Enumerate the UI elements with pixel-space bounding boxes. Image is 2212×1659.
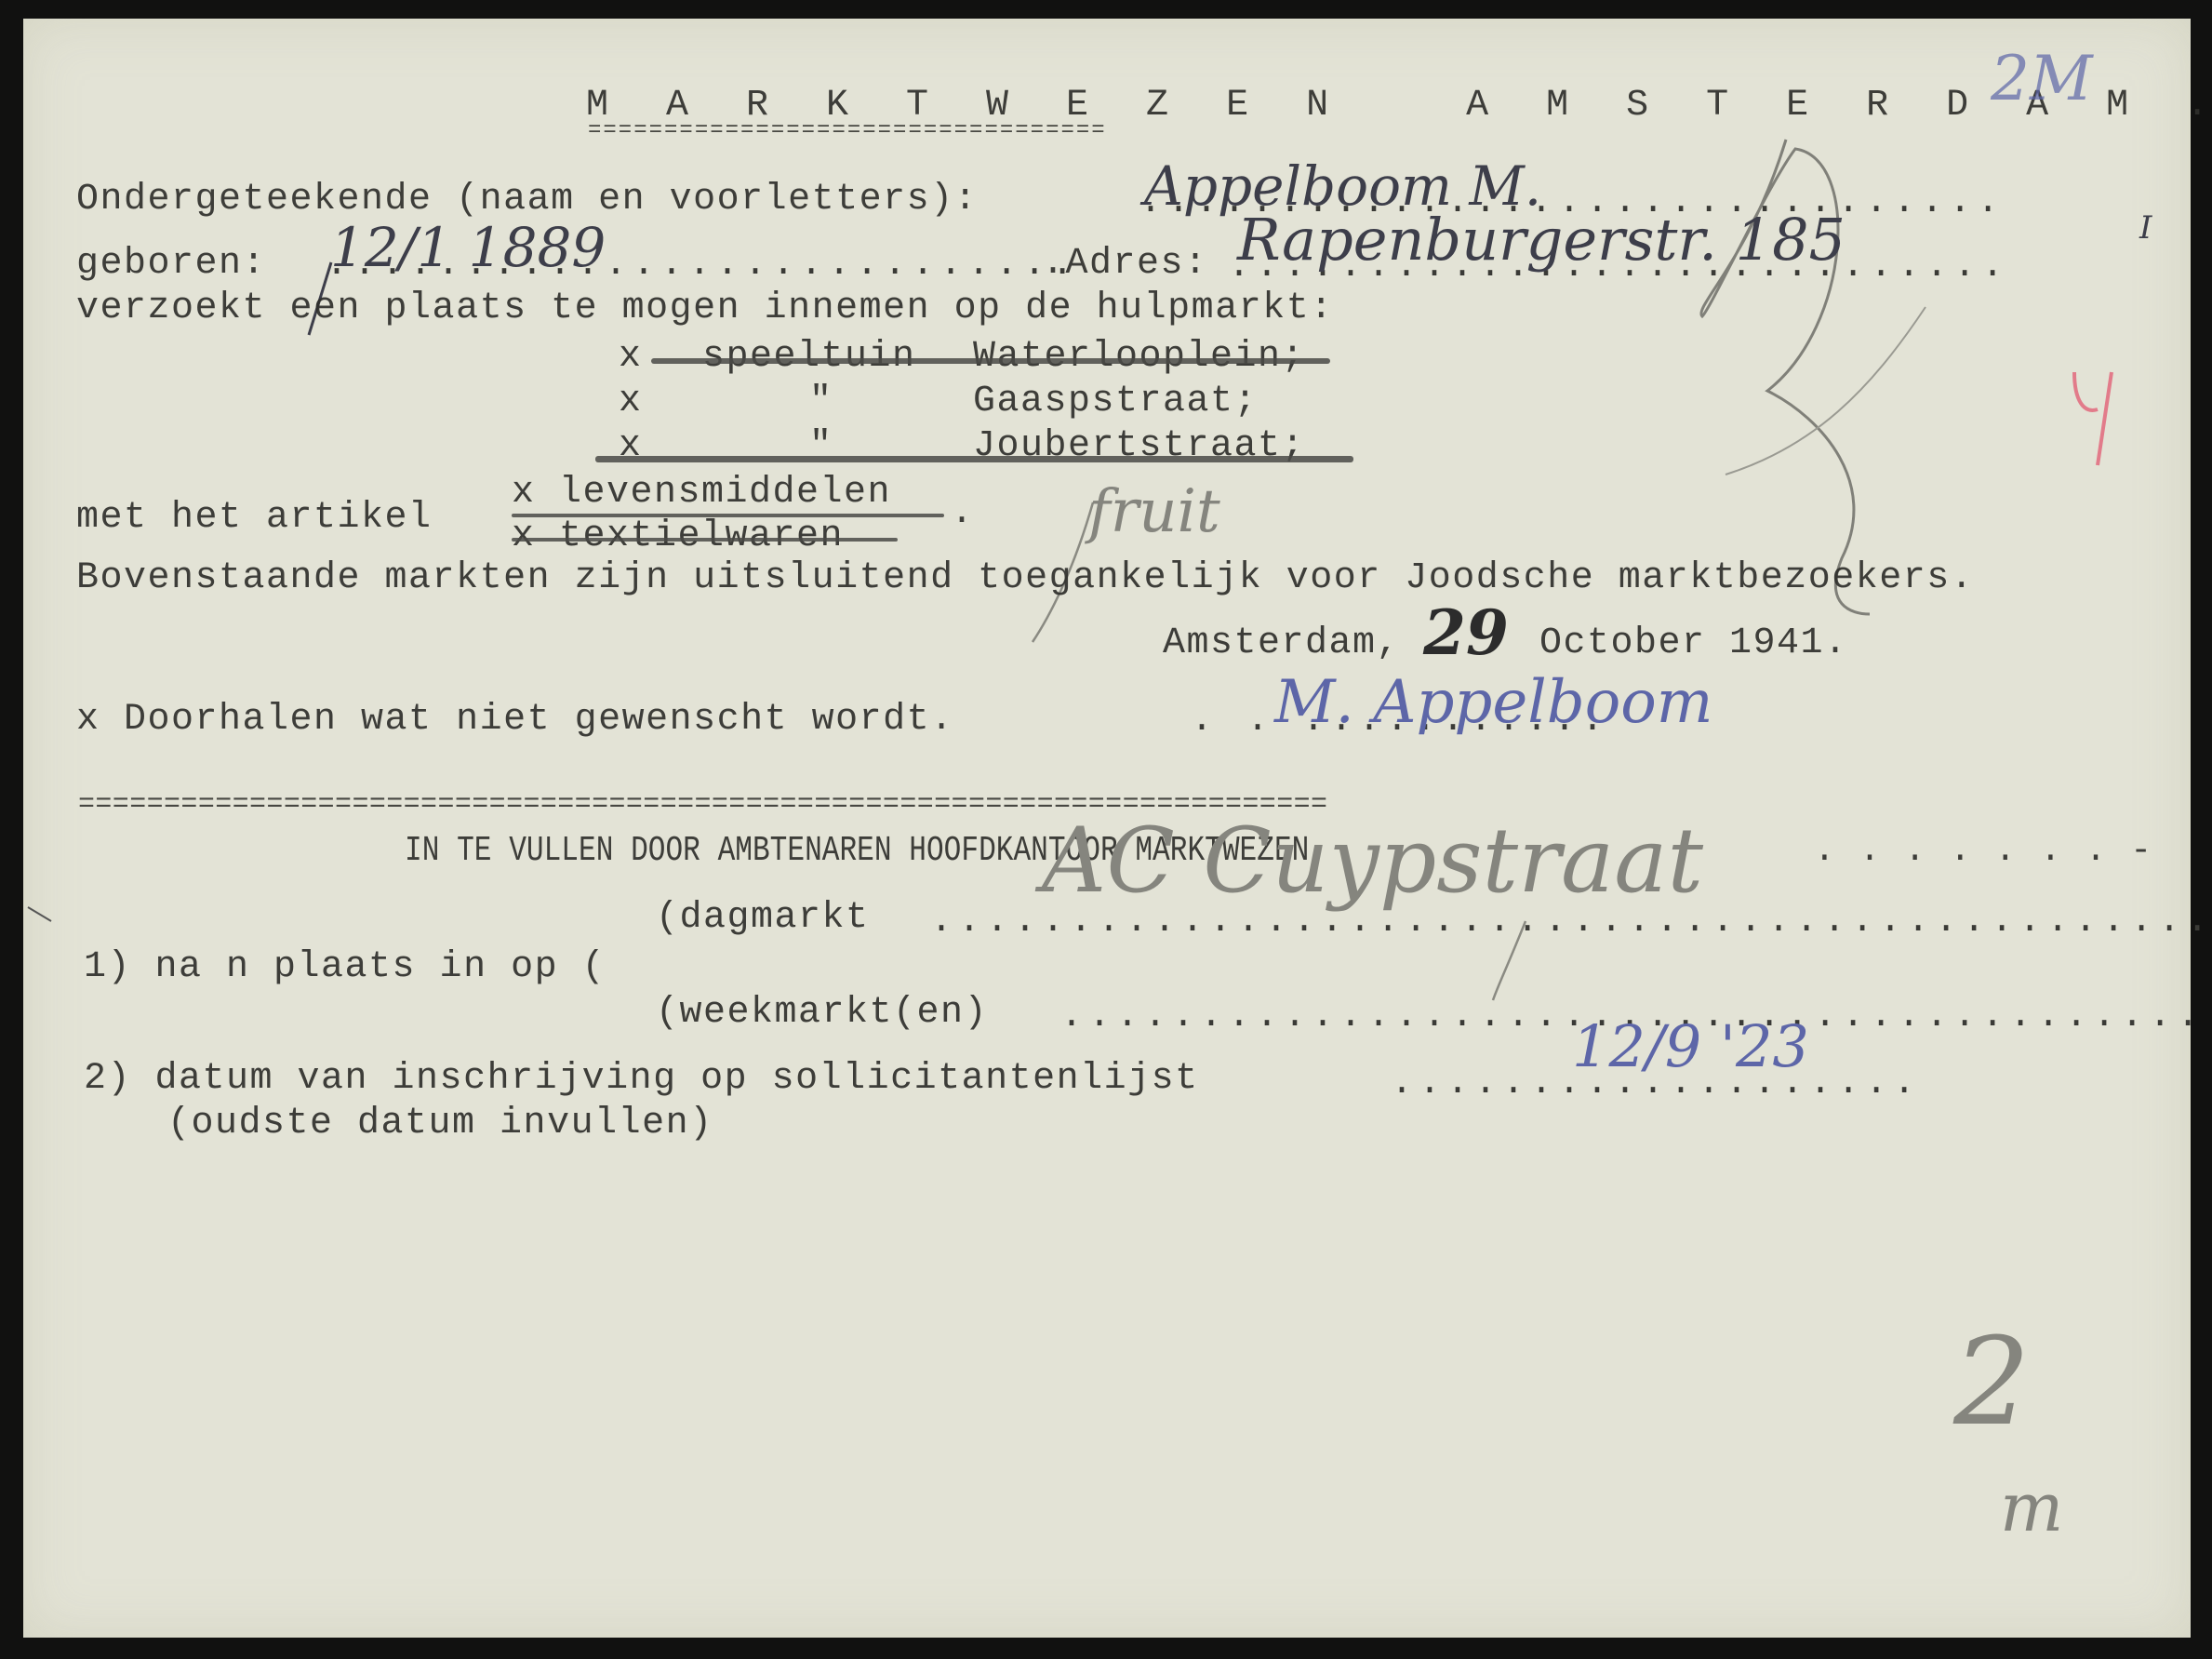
place-label: Amsterdam, <box>1163 623 1400 664</box>
market-marker-1: x <box>619 337 643 378</box>
date-day[interactable]: 29 <box>1423 605 1509 661</box>
born-value[interactable]: 12/1 1889 <box>330 220 606 275</box>
corner-annotation: 2M <box>1991 51 2093 107</box>
item1-label: 1) na n plaats in op ( <box>84 947 606 988</box>
market-name-2: Gaaspstraat; <box>973 381 1258 422</box>
item2-note: (oudste datum invullen) <box>167 1104 713 1144</box>
market-3-strikethrough <box>595 456 1353 462</box>
official-heading-dots: . . . . . . . - <box>1814 831 2153 872</box>
date-month-year: October 1941. <box>1539 623 1848 664</box>
article-label: met het artikel <box>76 498 433 539</box>
notice-text: Bovenstaande markten zijn uitsluitend to… <box>76 558 1974 599</box>
bottom-annotation-number: 2 <box>1953 1321 2031 1442</box>
item2-value[interactable]: 12/9 '23 <box>1572 1019 1809 1075</box>
dagmarkt-label: (dagmarkt <box>656 898 870 939</box>
market-prefix-1: speeltuin <box>702 337 916 378</box>
signature[interactable]: M. Appelboom <box>1274 675 1712 730</box>
born-label: geboren: <box>76 244 266 285</box>
market-1-strikethrough <box>651 358 1330 364</box>
name-label: Ondergeteekende (naam en voorletters): <box>76 180 978 221</box>
address-suffix: I <box>2139 200 2152 256</box>
bottom-annotation-initial: m <box>2000 1479 2063 1535</box>
market-marker-2: x <box>619 381 643 422</box>
article-2-strikethrough <box>512 538 898 542</box>
address-label: .Adres: <box>1042 244 1208 285</box>
article-1: x levensmiddelen <box>512 473 891 514</box>
article-2: x textielwaren <box>512 516 844 557</box>
title-underline: ================================== <box>588 125 1107 138</box>
address-value[interactable]: Rapenburgerstr. 185 <box>1237 212 1846 268</box>
request-line: verzoekt een plaats te mogen innemen op … <box>76 288 1334 329</box>
weekmarkt-label: (weekmarkt(en) <box>656 993 988 1034</box>
dagmarkt-value[interactable]: AC Cuypstraat <box>1042 833 1703 889</box>
item2-label: 2) datum van inschrijving op sollicitant… <box>84 1059 1199 1100</box>
article-note: fruit <box>1088 484 1220 540</box>
strike-instruction: x Doorhalen wat niet gewenscht wordt. <box>76 700 954 741</box>
article-period: . <box>951 493 975 534</box>
market-name-1: Waterlooplein; <box>973 337 1305 378</box>
market-prefix-2: " <box>809 381 833 422</box>
